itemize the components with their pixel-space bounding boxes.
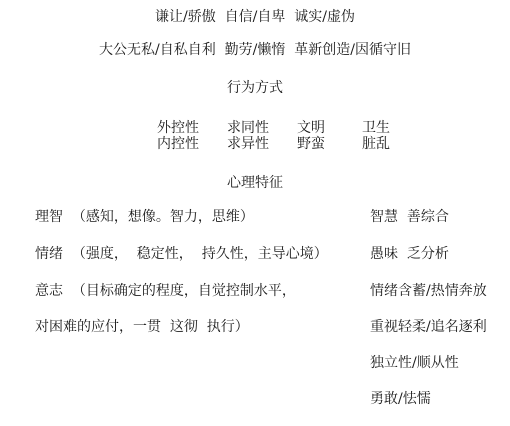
psychology-right-item: 情绪含蓄/热情奔放 (370, 283, 487, 299)
psychology-right-item: 智慧 善综合 (370, 209, 449, 225)
psychology-right-item: 独立性/顺从性 (370, 355, 459, 371)
behavior-cell: 文明 (297, 120, 325, 136)
psychology-right-item: 愚味 乏分析 (370, 246, 449, 262)
section-title-psychology: 心理特征 (0, 175, 510, 191)
psychology-right-item: 勇敢/怯懦 (370, 391, 431, 407)
psychology-left-item: 情绪 （强度， 稳定性， 持久性，主导心境） (35, 246, 328, 262)
behavior-cell: 求异性 (227, 136, 269, 152)
traits-line-1: 谦让/骄傲 自信/自卑 诚实/虚伪 (0, 9, 510, 25)
psychology-right-item: 重视轻柔/追名逐利 (370, 319, 487, 335)
behavior-cell: 野蛮 (297, 136, 325, 152)
behavior-cell: 脏乱 (362, 136, 390, 152)
behavior-cell: 求同性 (227, 120, 269, 136)
psychology-left-item: 对困难的应付，一贯 这彻 执行） (35, 319, 249, 335)
behavior-cell: 内控性 (157, 136, 199, 152)
psychology-left-item: 理智 （感知，想像。智力，思维） (35, 209, 254, 225)
behavior-cell: 卫生 (362, 120, 390, 136)
behavior-cell: 外控性 (157, 120, 199, 136)
traits-line-2: 大公无私/自私自利 勤劳/懒惰 革新创造/因循守旧 (0, 42, 510, 58)
section-title-behavior: 行为方式 (0, 80, 510, 96)
psychology-left-item: 意志 （目标确定的程度，自觉控制水平， (35, 283, 296, 299)
